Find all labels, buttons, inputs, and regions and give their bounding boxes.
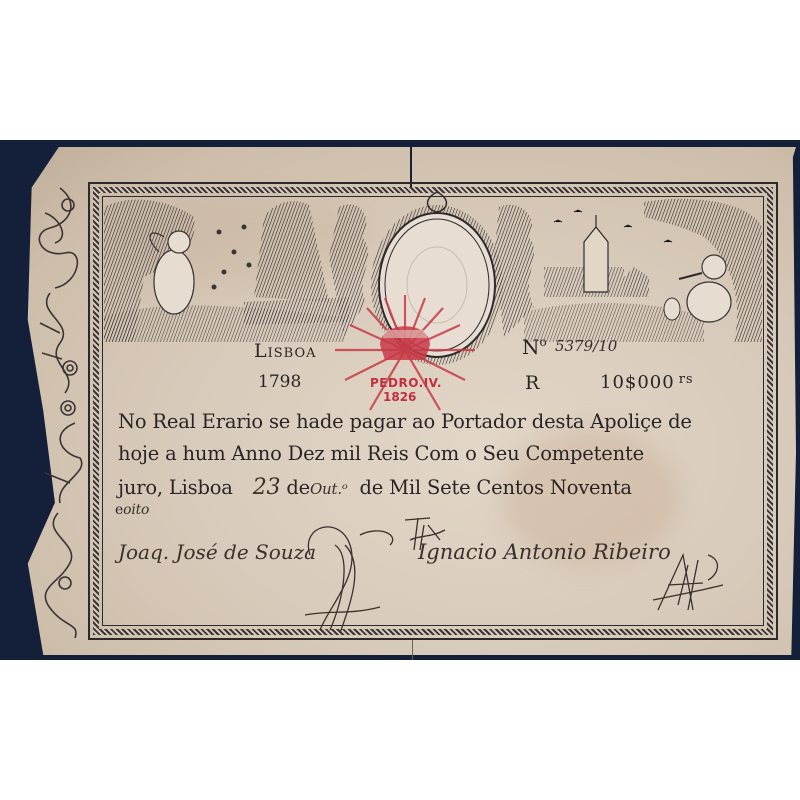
city-label: Lisboa xyxy=(254,340,317,362)
signature-monogram xyxy=(400,510,450,555)
handwritten-month: Out.ᵒ xyxy=(310,480,348,498)
body-text-segment: juro, Lisboa xyxy=(118,476,233,499)
face-value-unit: rs xyxy=(679,372,694,387)
handwritten-year-word: oito xyxy=(123,502,149,518)
series-letter: R xyxy=(525,372,539,394)
body-text-segment: de xyxy=(286,476,310,499)
signature-flourish xyxy=(648,545,728,615)
serial-number: 5379/10 xyxy=(555,337,617,355)
scroll-ornament xyxy=(30,183,85,643)
signature-left: Joaq. José de Souza xyxy=(118,540,316,564)
body-text-line: hoje a hum Anno Dez mil Reis Com o Seu C… xyxy=(118,442,644,465)
number-label-text: N xyxy=(522,335,540,359)
number-label-sup: o xyxy=(540,335,547,349)
stamp-text-name: PEDRO.IV. xyxy=(370,376,442,390)
issue-year: 1798 xyxy=(258,372,301,392)
body-text-segment: e xyxy=(115,502,123,518)
body-text-line: eoito xyxy=(115,502,149,518)
stamp-text-year: 1826 xyxy=(383,390,416,404)
signature-flourish xyxy=(290,515,410,635)
body-text-segment: de Mil Sete Centos Noventa xyxy=(360,476,632,499)
face-value-amount: 10$000 xyxy=(600,372,675,393)
paper-tear xyxy=(412,640,413,660)
body-text-line: No Real Erario se hade pagar ao Portador… xyxy=(118,410,692,433)
body-text-line: juro, Lisboa 23 deOut.ᵒ de Mil Sete Cent… xyxy=(118,475,632,500)
signature-right: Ignacio Antonio Ribeiro xyxy=(418,540,671,564)
face-value: 10$000rs xyxy=(600,372,694,393)
handwritten-day: 23 xyxy=(253,475,281,500)
number-label: No xyxy=(522,335,547,359)
